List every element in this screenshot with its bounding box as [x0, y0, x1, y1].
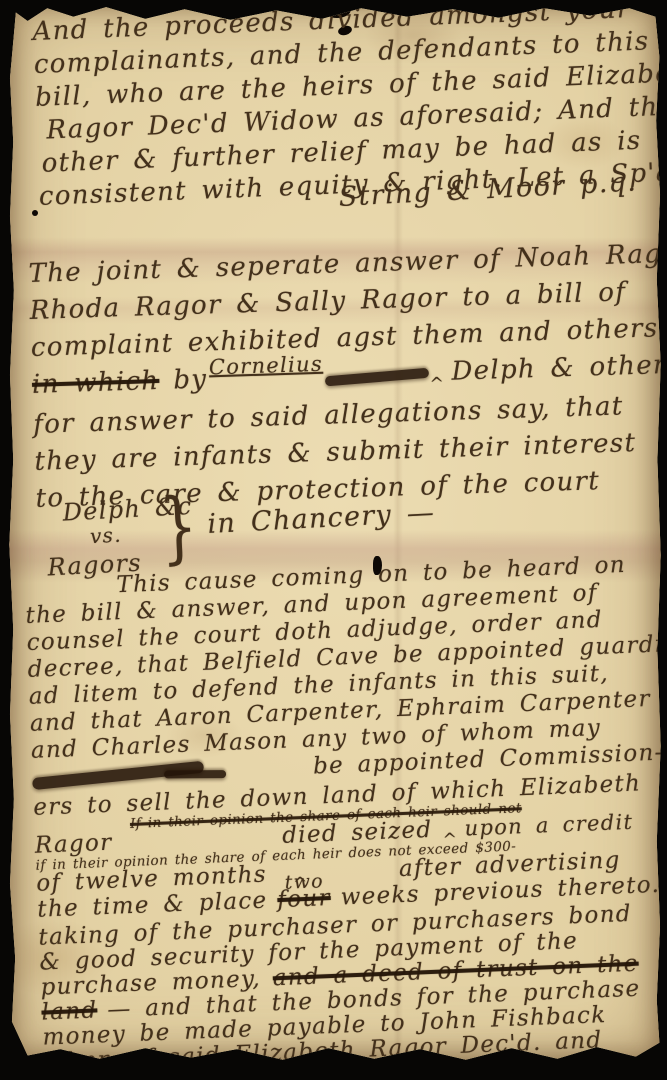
insertion-caret: ^	[429, 366, 444, 403]
caption-versus: vs.	[89, 523, 122, 549]
caption-brace: }	[158, 482, 201, 574]
paper-sheet: And the proceeds divided amongst your co…	[8, 4, 662, 1064]
decree-paragraph: This cause coming on to be heard on the …	[24, 550, 667, 1074]
caption-court: in Chancery —	[207, 497, 436, 540]
kept-text: by	[173, 361, 208, 399]
scanned-manuscript-page: And the proceeds divided amongst your co…	[0, 0, 667, 1080]
insertion-caret: ^	[442, 830, 457, 851]
ink-blot	[148, 2, 160, 10]
struck-text: land	[41, 997, 98, 1025]
interlinear-insertion: Cornelius	[208, 346, 323, 387]
interlinear-replacement: two	[284, 870, 324, 894]
struck-text: in which	[31, 363, 159, 404]
manuscript-text: Delph & others —	[451, 345, 667, 391]
ink-blot	[32, 210, 38, 216]
ink-scribble	[164, 770, 226, 778]
ink-scribble	[325, 368, 429, 387]
